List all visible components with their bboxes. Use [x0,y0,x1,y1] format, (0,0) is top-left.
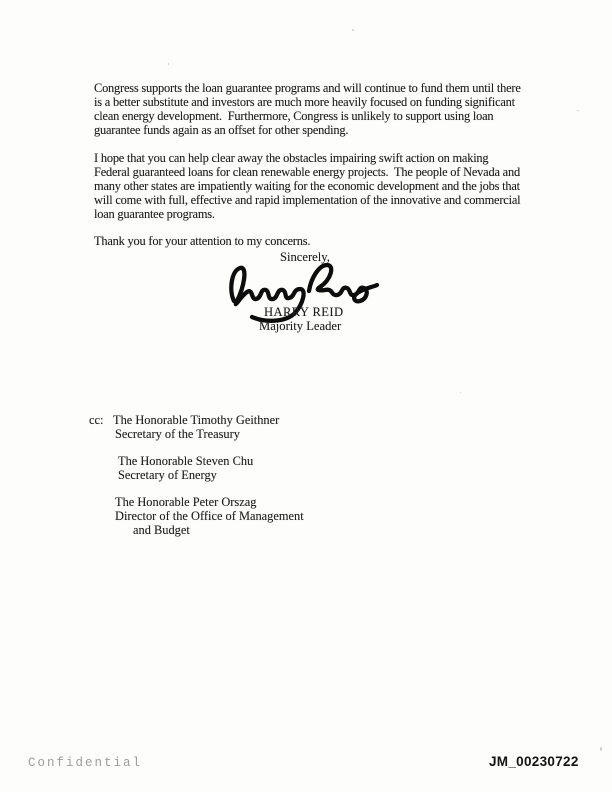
body-line: many other states are impatiently waitin… [94,179,564,193]
cc-title: Director of the Office of Management [89,509,304,523]
body-line: clean energy development. Furthermore, C… [94,109,564,123]
scanned-letter-page: Congress supports the loan guarantee pro… [0,0,612,792]
cc-name: The Honorable Steven Chu [92,454,304,468]
cc-entry-chu: The Honorable Steven Chu Secretary of En… [89,454,304,482]
body-line: I hope that you can help clear away the … [94,151,564,165]
body-line: Congress supports the loan guarantee pro… [94,81,564,95]
cc-title: Secretary of Energy [92,468,304,482]
signer-name: HARRY REID [264,305,343,320]
cc-label: cc: [89,413,113,427]
paragraph-hope-help: I hope that you can help clear away the … [94,151,564,221]
cc-title-continued: and Budget [89,523,304,537]
body-line: Thank you for your attention to my conce… [94,234,564,248]
body-line: is a better substitute and investors are… [94,95,564,109]
scan-speck [577,110,579,111]
scan-speck [600,747,602,751]
cc-name: The Honorable Peter Orszag [89,495,304,509]
body-line: Federal guaranteed loans for clean renew… [94,165,564,179]
paragraph-congress-support: Congress supports the loan guarantee pro… [94,81,564,137]
cc-entry-orszag: The Honorable Peter Orszag Director of t… [89,495,304,537]
confidential-stamp: Confidential [28,756,142,770]
scan-speck [93,176,94,177]
scan-speck [168,63,169,65]
cc-name: The Honorable Timothy Geithner [113,413,279,427]
cc-block: cc: The Honorable Timothy Geithner Secre… [89,413,304,550]
body-line: will come with full, effective and rapid… [94,193,564,207]
cc-title: Secretary of the Treasury [89,427,304,441]
scan-speck [352,29,354,31]
scan-speck [460,392,461,393]
bates-number: JM_00230722 [489,754,579,769]
letter-body: Congress supports the loan guarantee pro… [94,81,564,262]
body-line: loan guarantee programs. [94,207,564,221]
paragraph-thank-you: Thank you for your attention to my conce… [94,234,564,248]
cc-entry-geithner: cc: The Honorable Timothy Geithner Secre… [89,413,304,441]
body-line: guarantee funds again as an offset for o… [94,123,564,137]
signer-title: Majority Leader [259,319,341,334]
